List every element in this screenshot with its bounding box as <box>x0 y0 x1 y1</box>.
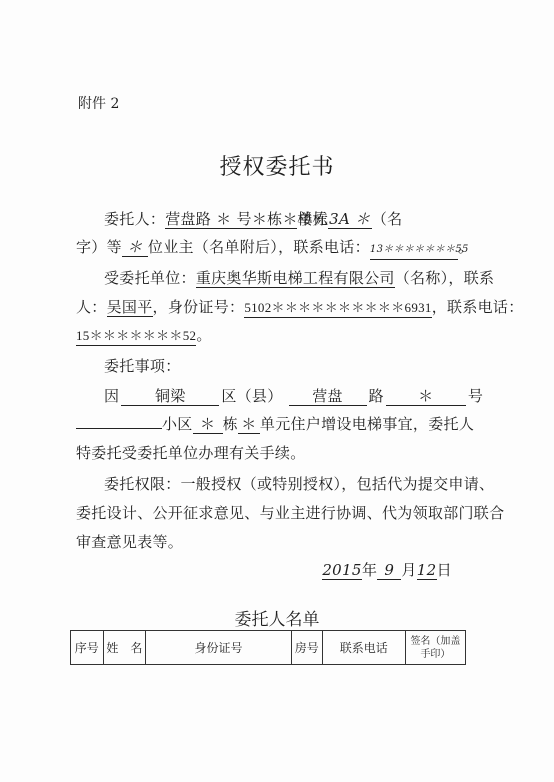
building-value: 3A ＊ <box>328 210 372 229</box>
matter-number: ＊ <box>386 387 466 406</box>
district-label: 区（县） <box>221 387 282 405</box>
year-label: 年 <box>362 561 377 579</box>
date-month: 9 <box>377 561 401 580</box>
scope-line-1: 委托权限：一般授权（或特别授权），包括代为提交申请、 <box>104 474 494 494</box>
day-label: 日 <box>437 561 452 579</box>
phone-label: ，联系电话： <box>432 298 524 316</box>
unit-text: 单元住户增设电梯事宜，委托人 <box>260 415 474 433</box>
agent-label: 受委托单位： <box>104 269 196 287</box>
agent-company: 重庆奥华斯电梯工程有限公司 <box>196 269 395 288</box>
agent-line-3: 15＊＊＊＊＊＊＊52。 <box>76 325 212 346</box>
scope-line-2: 委托设计、公开征求意见、与业主进行协调、代为领取部门联合 <box>76 503 504 523</box>
road-label: 路 <box>369 387 384 405</box>
owner-count: ＊ <box>122 238 148 257</box>
principal-label: 委托人： <box>104 210 165 228</box>
id-label: ，身份证号： <box>153 298 245 316</box>
col-id-number: 身份证号 <box>146 631 292 665</box>
matter-line-2: 小区＊栋＊单元住户增设电梯事宜，委托人 <box>76 414 474 434</box>
col-phone: 联系电话 <box>322 631 405 665</box>
matter-road: 营盘 <box>289 387 367 406</box>
annex-label: 附件 2 <box>78 93 119 113</box>
owner-text: 位业主（名单附后），联系电话： <box>148 238 370 256</box>
building-label-2: 栋 <box>223 415 238 433</box>
list-title: 委托人名单 <box>0 605 554 630</box>
principal-list-table: 序号 姓 名 身份证号 房号 联系电话 签名（加盖手印） <box>70 630 466 665</box>
matter-district: 铜梁 <box>121 387 219 406</box>
col-room: 房号 <box>291 631 322 665</box>
date-year: 2015 <box>322 561 362 580</box>
scope-line-3: 审查意见表等。 <box>76 532 183 552</box>
contact-label: 人： <box>76 298 107 316</box>
matter-line-1: 因铜梁区（县）营盘路＊号 <box>104 386 483 406</box>
principal-line-1: 委托人：营盘路 ＊ 号＊栋＊单元楼栋3A ＊（名 <box>104 209 402 229</box>
matter-heading: 委托事项： <box>104 356 181 376</box>
agent-id-number: 5102＊＊＊＊＊＊＊＊＊＊6931 <box>244 299 431 318</box>
table-header-row: 序号 姓 名 身份证号 房号 联系电话 签名（加盖手印） <box>71 631 466 665</box>
col-name: 姓 名 <box>103 631 146 665</box>
agent-line-1: 受委托单位：重庆奥华斯电梯工程有限公司（名称），联系 <box>104 268 494 288</box>
matter-unit: ＊ <box>238 415 260 434</box>
col-index: 序号 <box>71 631 104 665</box>
date-line: 2015年9月12日 <box>322 560 452 580</box>
matter-line-3: 特委托受委托单位办理有关手续。 <box>76 443 306 463</box>
period: 。 <box>458 238 473 256</box>
month-label: 月 <box>401 561 416 579</box>
principal-phone: 13＊＊＊＊＊＊＊55 <box>370 241 458 260</box>
building-label: 楼栋 <box>297 210 328 228</box>
col-signature: 签名（加盖手印） <box>405 631 465 665</box>
community-label: 小区 <box>162 415 193 433</box>
principal-line-2: 字）等＊位业主（名单附后），联系电话：13＊＊＊＊＊＊＊55。 <box>76 237 473 260</box>
agent-line-2: 人：吴国平，身份证号：5102＊＊＊＊＊＊＊＊＊＊6931，联系电话： <box>76 297 524 318</box>
company-suffix: （名称），联系 <box>395 269 495 287</box>
number-label: 号 <box>468 387 483 405</box>
matter-building: ＊ <box>193 415 223 434</box>
date-day: 12 <box>417 561 437 580</box>
period: 。 <box>196 326 211 344</box>
matter-prefix: 因 <box>104 387 119 405</box>
matter-community <box>76 428 162 429</box>
agent-contact-name: 吴国平 <box>107 298 153 317</box>
name-suffix: （名 <box>372 210 403 228</box>
name-suffix-2: 字）等 <box>76 238 122 256</box>
document-title: 授权委托书 <box>0 150 554 181</box>
agent-phone: 15＊＊＊＊＊＊＊52 <box>76 327 196 346</box>
principal-address: 营盘路 ＊ 号＊栋＊单元 <box>165 210 297 229</box>
